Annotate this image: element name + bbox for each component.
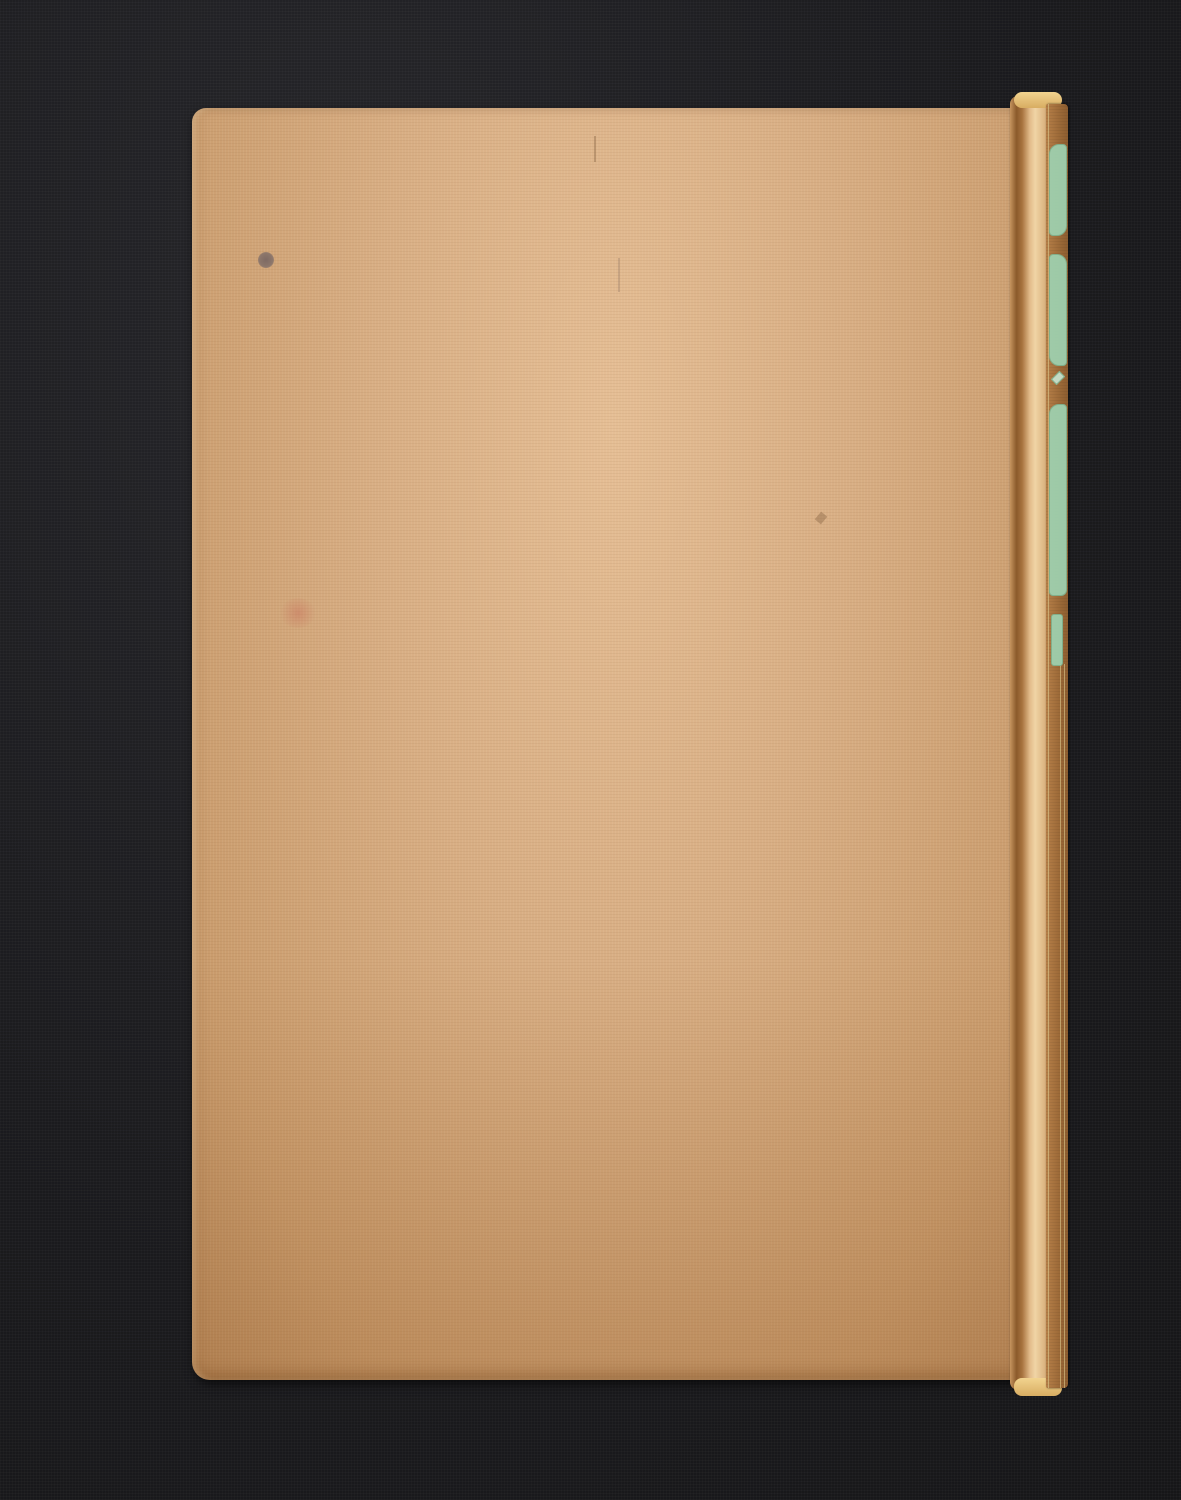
cover-shading — [192, 960, 1032, 1380]
scuff-mark — [618, 258, 620, 292]
stain-spot — [258, 252, 274, 268]
faint-red-mark — [280, 598, 316, 628]
spine-ornament-icon — [1049, 404, 1067, 596]
spine-ornament-icon — [1049, 254, 1067, 366]
book-photo — [0, 0, 1181, 1500]
scuff-mark — [594, 136, 596, 162]
spine-diamond-icon — [1051, 371, 1065, 385]
spine-ornament-icon — [1051, 614, 1063, 666]
spine-ornament-icon — [1049, 144, 1067, 236]
scuff-mark — [815, 512, 828, 525]
spine — [1046, 104, 1068, 1388]
cover-hinge — [1010, 96, 1046, 1390]
spine-rule — [1064, 664, 1065, 1388]
back-cover — [192, 108, 1032, 1380]
spine-rule — [1060, 664, 1061, 1388]
